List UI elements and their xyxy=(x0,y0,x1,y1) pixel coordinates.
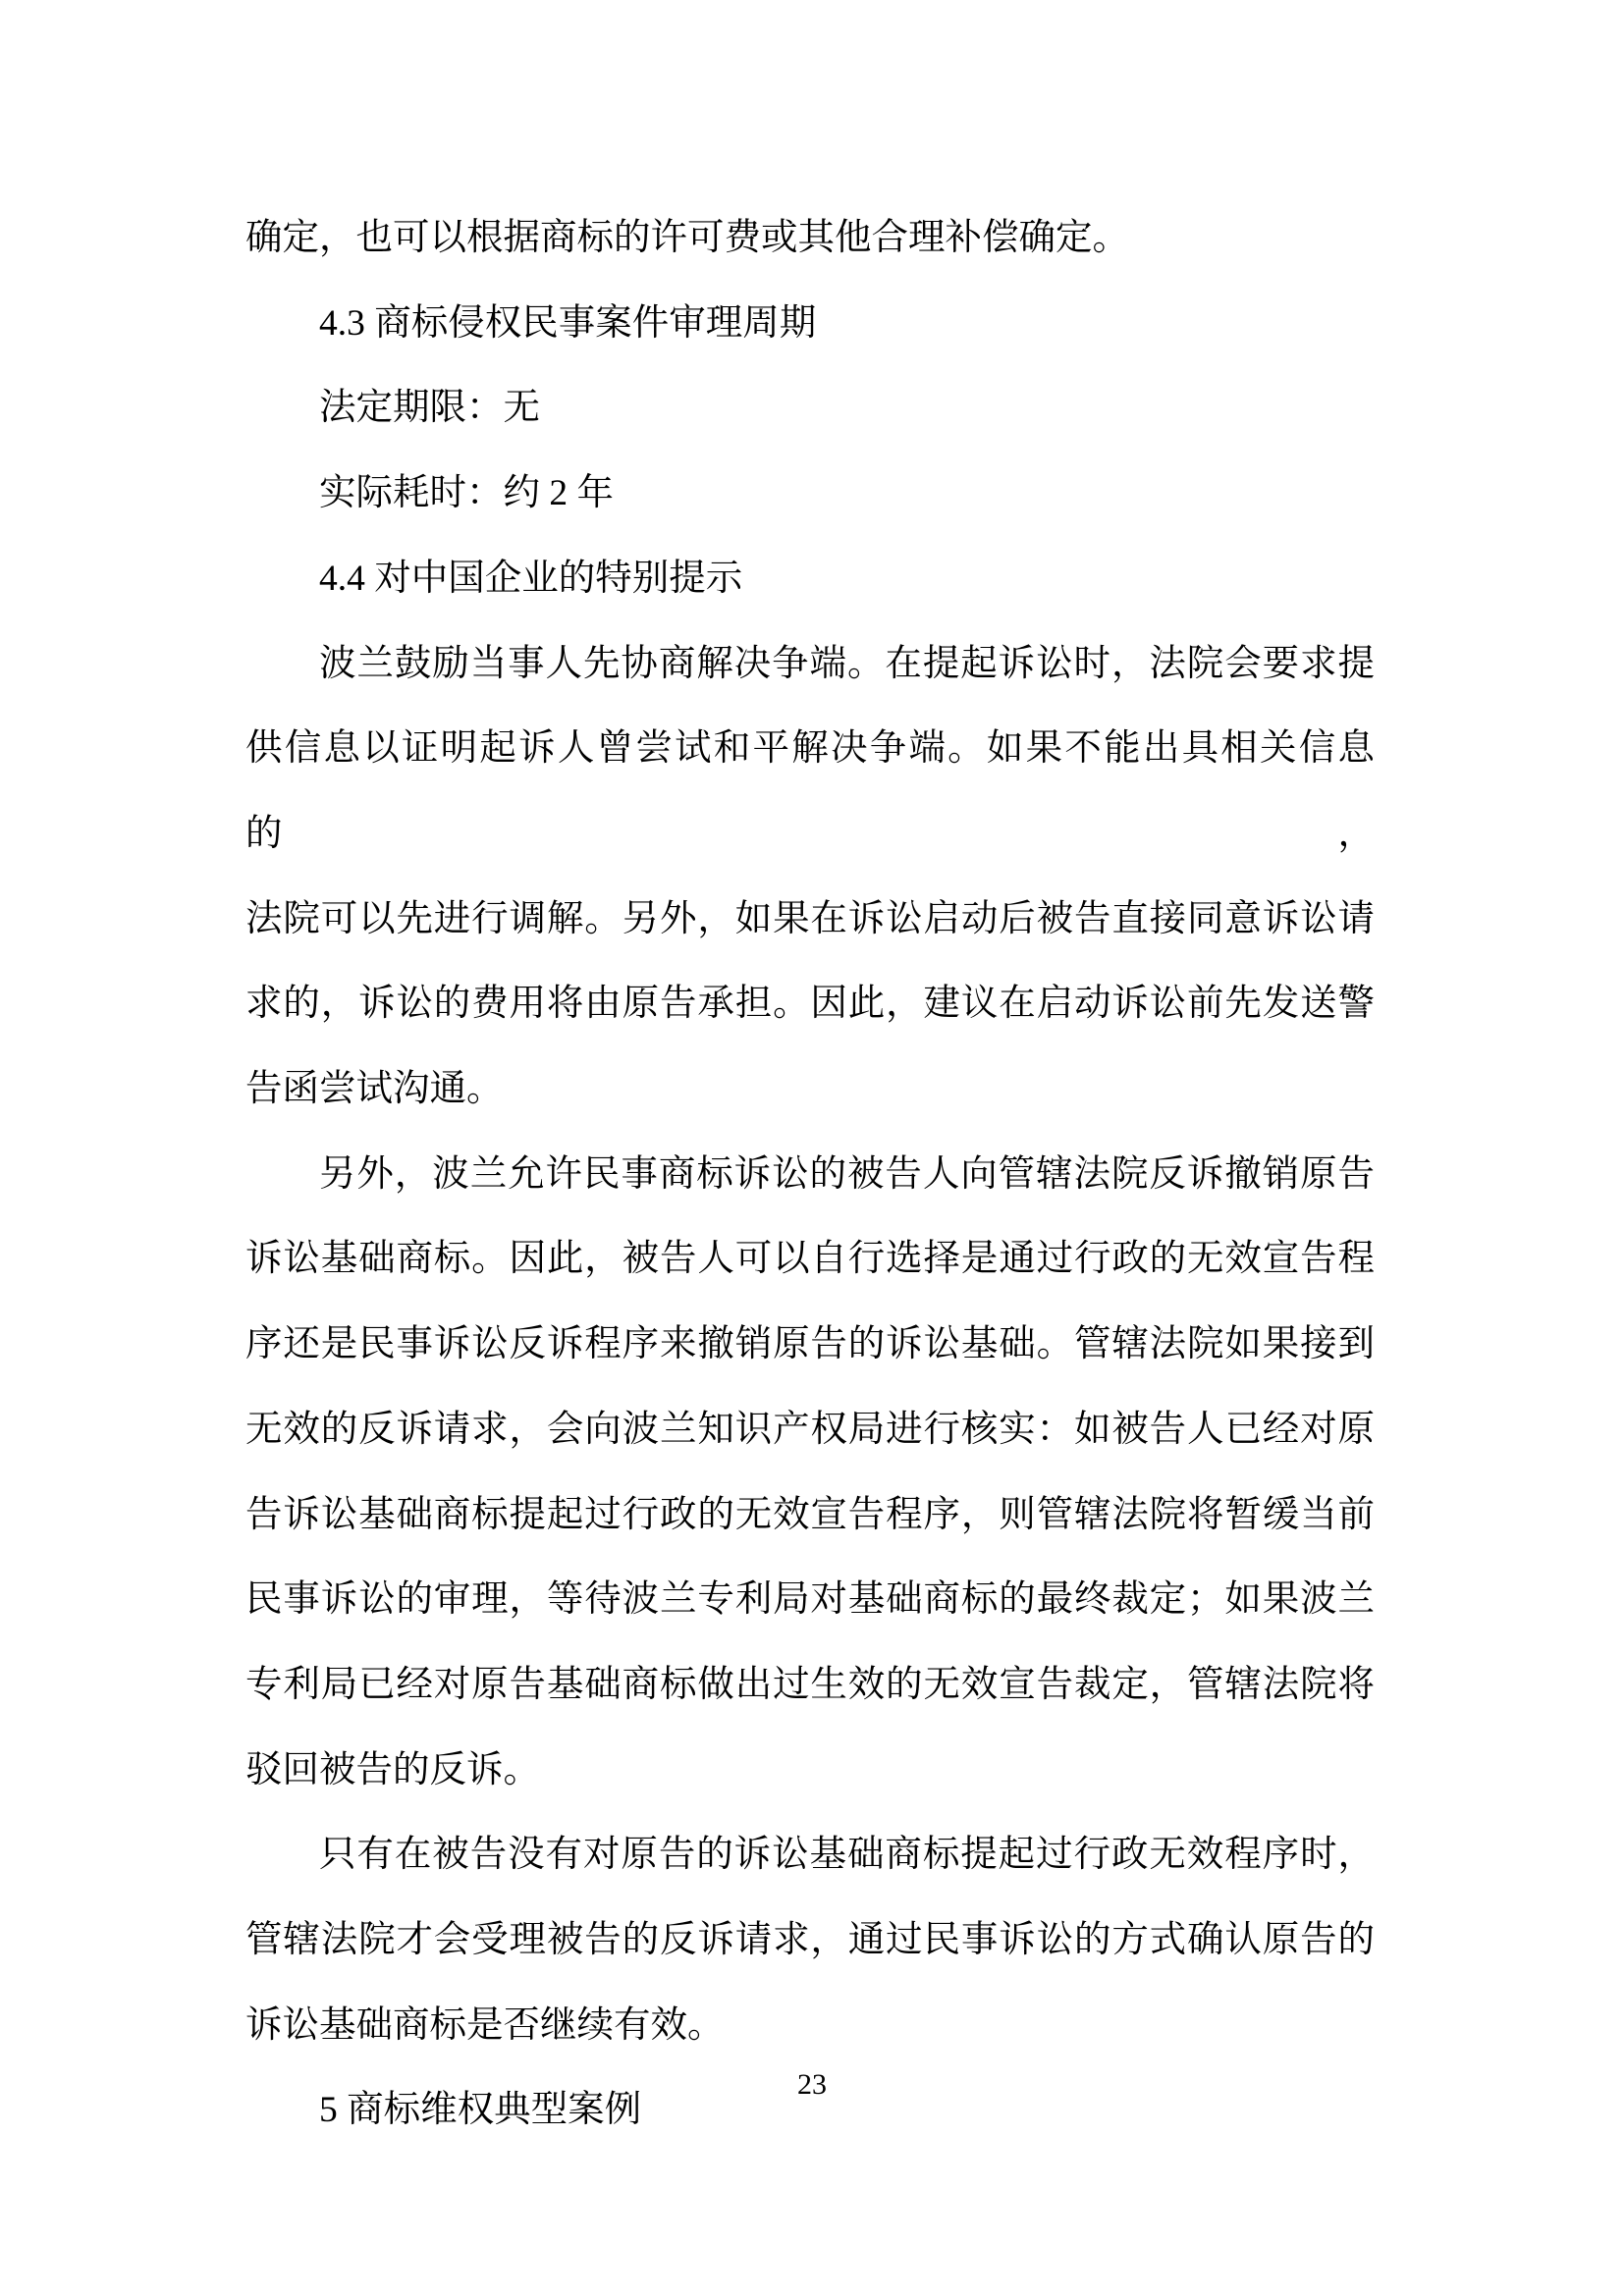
body-line: 诉讼基础商标是否继续有效。 xyxy=(245,1984,1375,2069)
body-line: 确定，也可以根据商标的许可费或其他合理补偿确定。 xyxy=(245,196,1375,282)
body-line: 求的，诉讼的费用将由原告承担。因此，建议在启动诉讼前先发送警 xyxy=(245,962,1375,1047)
actual-time-line: 实际耗时：约 2 年 xyxy=(245,452,1375,537)
body-line: 告函尝试沟通。 xyxy=(245,1047,1375,1133)
heading-4-4: 4.4 对中国企业的特别提示 xyxy=(245,537,1375,622)
body-line: 驳回被告的反诉。 xyxy=(245,1729,1375,1814)
body-line: 波兰鼓励当事人先协商解决争端。在提起诉讼时，法院会要求提 xyxy=(245,622,1375,708)
body-line: 法院可以先进行调解。另外，如果在诉讼启动后被告直接同意诉讼请 xyxy=(245,878,1375,963)
document-page: 确定，也可以根据商标的许可费或其他合理补偿确定。 4.3 商标侵权民事案件审理周… xyxy=(0,0,1624,2296)
body-line: 供信息以证明起诉人曾尝试和平解决争端。如果不能出具相关信息的， xyxy=(245,707,1375,877)
body-line: 管辖法院才会受理被告的反诉请求，通过民事诉讼的方式确认原告的 xyxy=(245,1898,1375,1984)
document-body: 确定，也可以根据商标的许可费或其他合理补偿确定。 4.3 商标侵权民事案件审理周… xyxy=(245,196,1375,2154)
body-line: 另外，波兰允许民事商标诉讼的被告人向管辖法院反诉撤销原告 xyxy=(245,1133,1375,1218)
body-line: 告诉讼基础商标提起过行政的无效宣告程序，则管辖法院将暂缓当前 xyxy=(245,1473,1375,1559)
heading-4-3: 4.3 商标侵权民事案件审理周期 xyxy=(245,282,1375,367)
page-number: 23 xyxy=(0,2064,1624,2106)
body-line: 只有在被告没有对原告的诉讼基础商标提起过行政无效程序时， xyxy=(245,1813,1375,1898)
body-line: 专利局已经对原告基础商标做出过生效的无效宣告裁定，管辖法院将 xyxy=(245,1643,1375,1729)
statutory-period-line: 法定期限：无 xyxy=(245,366,1375,452)
body-line: 民事诉讼的审理，等待波兰专利局对基础商标的最终裁定；如果波兰 xyxy=(245,1558,1375,1643)
body-line: 序还是民事诉讼反诉程序来撤销原告的诉讼基础。管辖法院如果接到 xyxy=(245,1303,1375,1388)
body-line: 无效的反诉请求，会向波兰知识产权局进行核实：如被告人已经对原 xyxy=(245,1388,1375,1473)
body-line: 诉讼基础商标。因此，被告人可以自行选择是通过行政的无效宣告程 xyxy=(245,1217,1375,1303)
